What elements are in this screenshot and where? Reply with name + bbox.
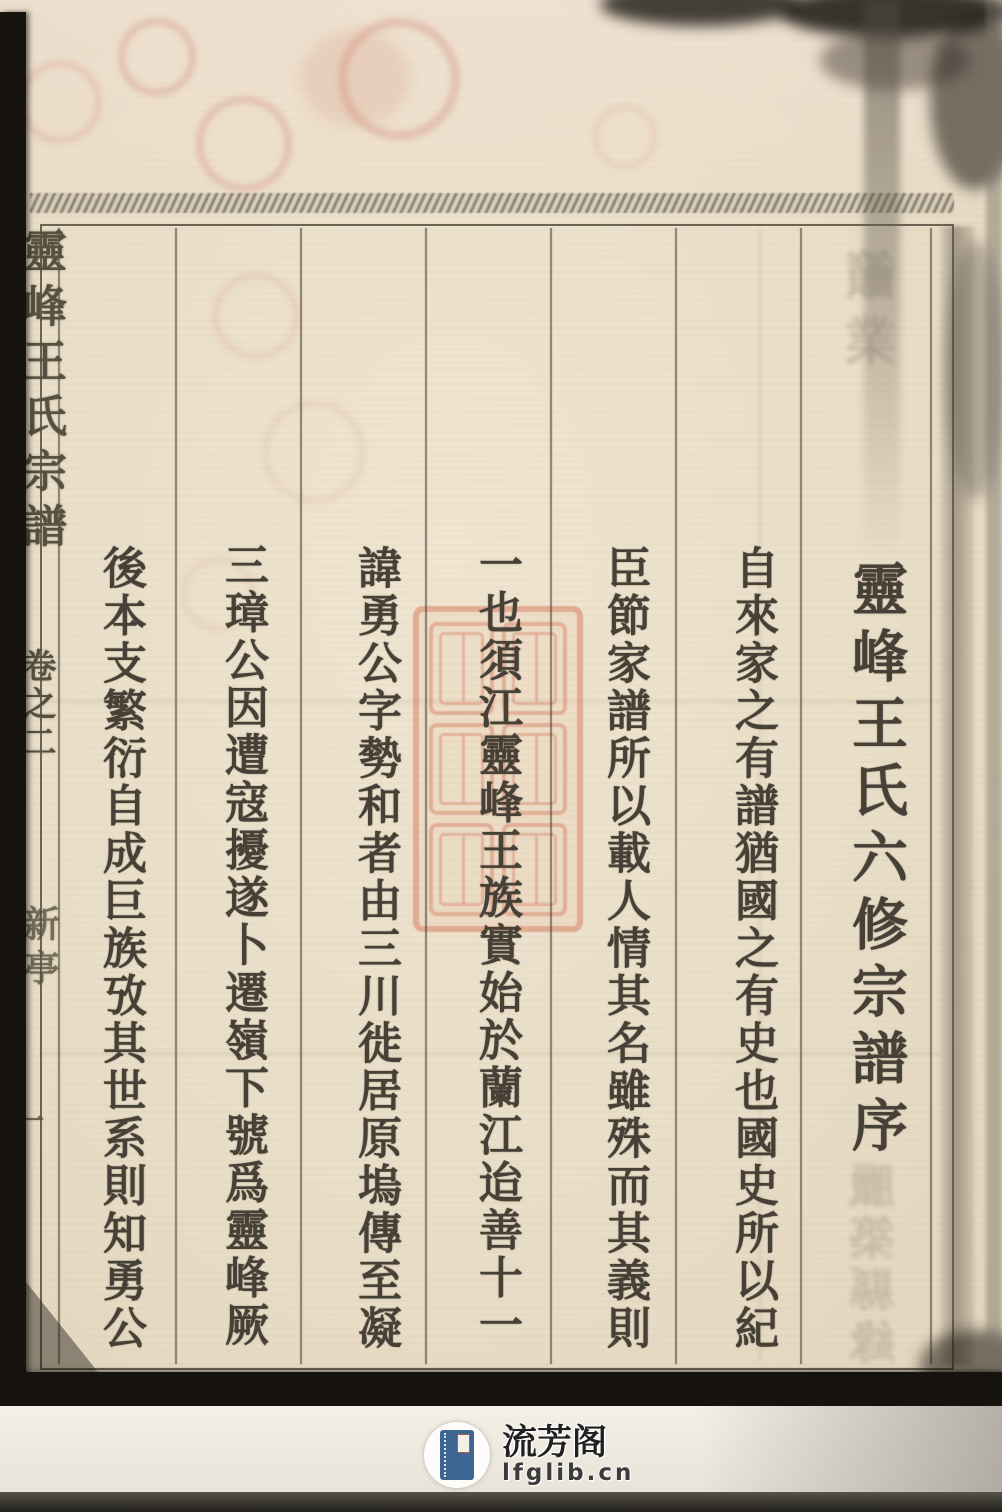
stain-ring xyxy=(18,60,102,144)
text-column-4: 諱勇公字勢和者由三川徙居原塢傳至凝 xyxy=(343,545,407,1353)
column-rule xyxy=(675,228,677,1364)
genealogy-scan-page: 籲業 臘築縣緣 靈峰王氏六修宗譜序 自來家之有譜猶國之有史也國史所以紀 臣節家譜… xyxy=(0,0,1002,1512)
column-rule xyxy=(930,228,932,1364)
column-rule xyxy=(175,228,177,1364)
watermark-site-name: 流芳阁 xyxy=(502,1425,634,1462)
site-watermark: 流芳阁 lfglib.cn xyxy=(424,1418,634,1492)
text-column-3: 一也須江靈峰王族實始於蘭江迨善十一 xyxy=(464,542,528,1350)
column-rule xyxy=(550,228,552,1364)
stain-ring xyxy=(196,96,292,192)
text-column-5: 三璋公因遭寇擾遂卜遷嶺下號爲靈峰厥 xyxy=(210,542,274,1350)
text-column-1: 自來家之有譜猶國之有史也國史所以紀 xyxy=(720,545,784,1353)
preface-heading: 靈峰王氏六修宗譜序 xyxy=(836,560,916,1163)
stain-ring xyxy=(118,18,196,96)
column-rule xyxy=(800,228,802,1364)
text-column-6: 後本支繁衍自成巨族攷其世系則知勇公 xyxy=(88,545,152,1353)
top-border-band xyxy=(30,193,954,213)
scan-left-edge xyxy=(0,12,26,1406)
mat-shade xyxy=(700,1406,1002,1498)
stain-ring xyxy=(592,104,658,170)
column-rule xyxy=(425,228,427,1364)
scan-bottom-bar xyxy=(0,1372,1002,1406)
watermark-site-url: lfglib.cn xyxy=(502,1461,634,1485)
book-icon xyxy=(440,1430,474,1480)
scan-bottom-edge xyxy=(0,1492,1002,1512)
stain-ring xyxy=(338,18,460,140)
text-column-2: 臣節家譜所以載人情其名雖殊而其義則 xyxy=(592,545,656,1353)
column-rule xyxy=(300,228,302,1364)
gray-streak xyxy=(864,0,900,560)
watermark-badge xyxy=(424,1422,490,1488)
page-right-edge xyxy=(986,0,1002,1376)
